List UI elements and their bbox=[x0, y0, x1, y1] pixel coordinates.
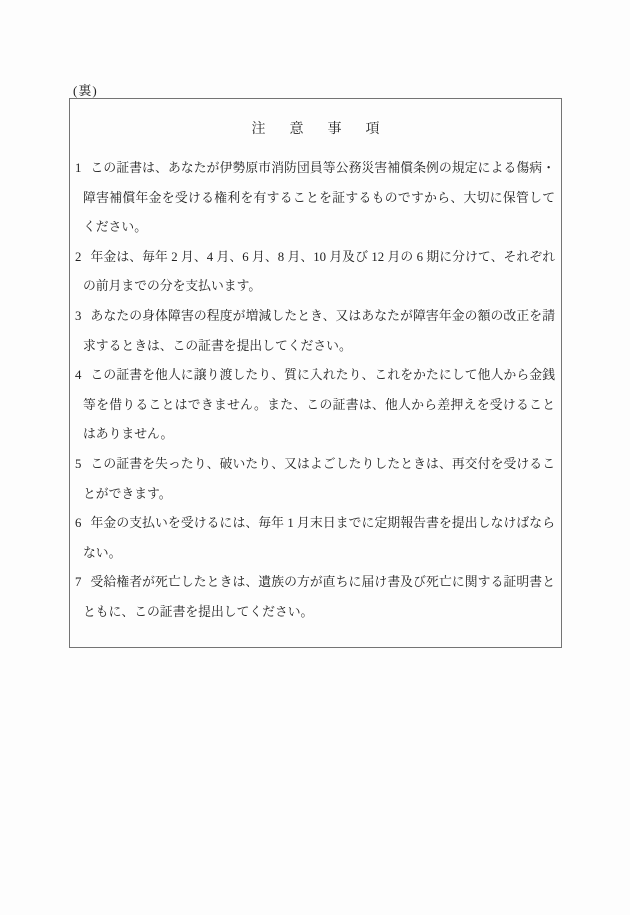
item-text: 年金の支払いを受けるには、毎年 1 月末日までに定期報告書を提出しなけばならない… bbox=[83, 516, 555, 560]
item-text: 年金は、毎年 2 月、4 月、6 月、8 月、10 月及び 12 月の 6 期に… bbox=[83, 250, 555, 294]
item-number: 1 bbox=[75, 161, 81, 175]
item-number: 6 bbox=[75, 516, 81, 530]
item-number: 7 bbox=[75, 575, 81, 589]
notice-box: 注 意 事 項 1この証書は、あなたが伊勢原市消防団員等公務災害補償条例の規定に… bbox=[69, 98, 562, 648]
notice-item: 2年金は、毎年 2 月、4 月、6 月、8 月、10 月及び 12 月の 6 期… bbox=[75, 243, 555, 302]
item-number: 2 bbox=[75, 250, 81, 264]
item-number: 3 bbox=[75, 309, 81, 323]
item-text: この証書は、あなたが伊勢原市消防団員等公務災害補償条例の規定による傷病・障害補償… bbox=[83, 161, 555, 234]
item-text: 受給権者が死亡したときは、遺族の方が直ちに届け書及び死亡に関する証明書とともに、… bbox=[83, 575, 555, 619]
notice-item: 5この証書を失ったり、破いたり、又はよごしたりしたときは、再交付を受けることがで… bbox=[75, 450, 555, 509]
notice-item: 7受給権者が死亡したときは、遺族の方が直ちに届け書及び死亡に関する証明書とともに… bbox=[75, 568, 555, 627]
page-side-label: (裏) bbox=[73, 80, 98, 99]
notice-item: 1この証書は、あなたが伊勢原市消防団員等公務災害補償条例の規定による傷病・障害補… bbox=[75, 154, 555, 243]
notice-items: 1この証書は、あなたが伊勢原市消防団員等公務災害補償条例の規定による傷病・障害補… bbox=[75, 154, 555, 628]
item-number: 5 bbox=[75, 457, 81, 471]
item-text: この証書を失ったり、破いたり、又はよごしたりしたときは、再交付を受けることができ… bbox=[83, 457, 555, 501]
notice-item: 3あなたの身体障害の程度が増減したとき、又はあなたが障害年金の額の改正を請求する… bbox=[75, 302, 555, 361]
notice-item: 4この証書を他人に譲り渡したり、質に入れたり、これをかたにして他人から金銭等を借… bbox=[75, 361, 555, 450]
item-text: この証書を他人に譲り渡したり、質に入れたり、これをかたにして他人から金銭等を借り… bbox=[83, 368, 555, 441]
notice-item: 6年金の支払いを受けるには、毎年 1 月末日までに定期報告書を提出しなけばならな… bbox=[75, 509, 555, 568]
item-number: 4 bbox=[75, 368, 81, 382]
item-text: あなたの身体障害の程度が増減したとき、又はあなたが障害年金の額の改正を請求すると… bbox=[83, 309, 555, 353]
notice-title: 注 意 事 項 bbox=[70, 120, 561, 140]
